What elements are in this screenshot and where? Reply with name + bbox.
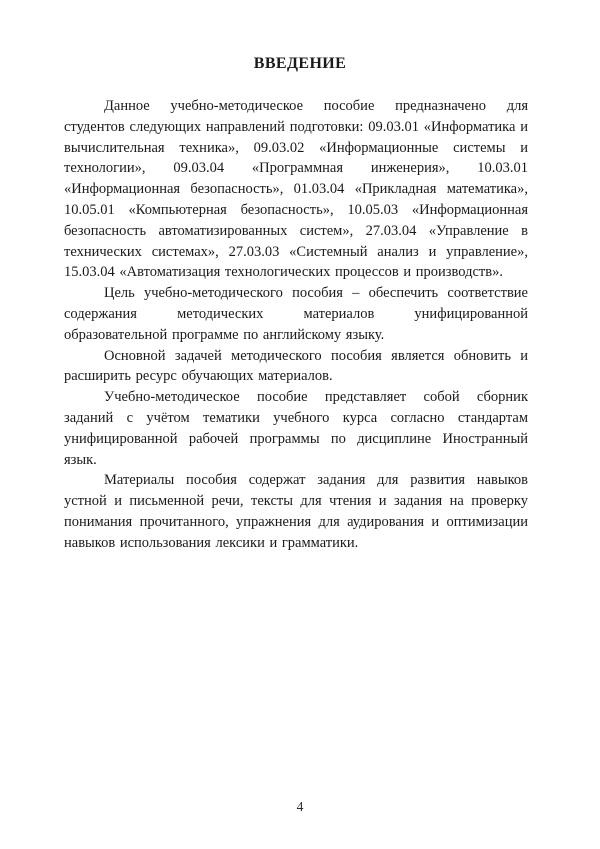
page-number: 4 [0,799,600,815]
paragraph-materials: Материалы пособия содержат задания для р… [64,470,528,553]
paragraph-goal: Цель учебно-методического пособия – обес… [64,283,528,345]
paragraph-intro-audience: Данное учебно-методическое пособие предн… [64,96,528,283]
paragraph-structure: Учебно-методическое пособие представляет… [64,387,528,470]
page-title: ВВЕДЕНИЕ [0,0,600,74]
paragraph-main-task: Основной задачей методического пособия я… [64,346,528,388]
document-page: ВВЕДЕНИЕ Данное учебно-методическое посо… [0,0,600,849]
document-body: Данное учебно-методическое пособие предн… [64,96,528,554]
